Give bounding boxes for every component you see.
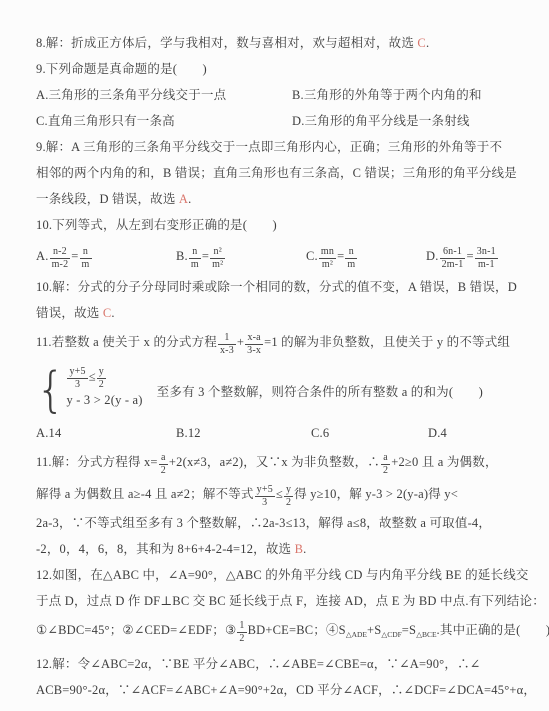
q11-period: . — [303, 542, 306, 556]
sys-frac2-den: 2 — [97, 379, 106, 391]
q11-sol2-text-b: 得 y≥10，解 y-3 > 2(y-a)得 y< — [294, 487, 458, 501]
q11-eq-frac2-num: x-a — [245, 332, 263, 345]
q12-conclusion-text1: ①∠BDC=45°；②∠CED=∠EDF；③ — [36, 623, 236, 637]
q10-c-frac1: mnm² — [319, 246, 336, 270]
q12-conclusion-text4: =S — [402, 623, 416, 637]
document-page: 8.解：折成正方体后，学与我相对，数与喜相对，欢与超相对，故选 C. 9.下列命… — [0, 0, 549, 711]
q11-system-line: { y+53≤y2 y - 3 > 2(y - a) 至多有 3 个整数解，则符… — [36, 358, 523, 420]
q12-conclusion-text5: .其中正确的是( ) — [437, 623, 549, 637]
q10-c-frac2: nm — [345, 246, 357, 270]
sys-frac1: y+53 — [67, 366, 87, 390]
q11-sol1-frac1: a2 — [159, 452, 168, 476]
q12-stem-line1: 12.如图，在△ABC 中，∠A=90°，△ABC 的外角平分线 CD 与内角平… — [36, 562, 523, 588]
q9-option-a: A.三角形的三条角平分线交于一点 — [36, 82, 292, 108]
q10-b-frac1-den: m — [189, 259, 201, 271]
q10-option-b-label: B. — [176, 249, 188, 263]
q12-half-fraction: 12 — [237, 620, 246, 644]
q8-solution-text: 8.解：折成正方体后，学与我相对，数与喜相对，欢与超相对，故选 — [36, 36, 417, 50]
q10-option-c-label: C. — [306, 249, 318, 263]
sys-frac2-num: y — [97, 366, 106, 379]
q11-sol2-frac2-den: 2 — [284, 497, 293, 509]
q12-area-sub1: △ADE — [346, 630, 367, 639]
q11-option-a: A.14 — [36, 420, 176, 446]
q11-option-d: D.4 — [428, 420, 447, 446]
q12-conclusion-text3: +S — [367, 623, 381, 637]
sys-frac1-num: y+5 — [67, 366, 87, 379]
q10-a-frac2-den: m — [80, 259, 92, 271]
q11-eq-frac2: x-a3-x — [245, 332, 263, 356]
q8-period: . — [426, 36, 429, 50]
system-brace: { — [36, 375, 65, 402]
q11-answer-letter: B — [295, 542, 304, 556]
q11-eq-frac1-num: 1 — [218, 332, 236, 345]
q11-sol2-frac1-num: y+5 — [255, 484, 275, 497]
q11-sol1-frac1-den: 2 — [159, 465, 168, 477]
q10-c-frac2-den: m — [345, 259, 357, 271]
q10-a-frac1-den: m-2 — [50, 259, 71, 271]
q9-solution-line1: 9.解：A 三角形的三条角平分线交于一点即三角形内心，正确；三角形的外角等于不 — [36, 134, 523, 160]
q10-a-frac1: n-2m-2 — [50, 246, 71, 270]
q9-options-ab: A.三角形的三条角平分线交于一点B.三角形的外角等于两个内角的和 — [36, 82, 523, 108]
system-row-2: y - 3 > 2(y - a) — [66, 390, 142, 411]
q9-solution-line2: 相邻的两个内角的和，B 错误；直角三角形也有三条高，C 错误；三角形的角平分线是 — [36, 160, 523, 186]
q10-c-frac1-den: m² — [319, 259, 336, 271]
q10-option-d-label: D. — [426, 249, 439, 263]
q9-option-d: D.三角形的角平分线是一条射线 — [292, 114, 470, 128]
q11-sol1-frac2-num: a — [381, 452, 390, 465]
q11-options-row: A.14B.12C.6D.4 — [36, 420, 523, 446]
q10-option-a: A.n-2m-2=nm — [36, 238, 176, 274]
q9-answer-letter: A — [179, 192, 188, 206]
sys-relation: ≤ — [89, 370, 96, 384]
sys-frac1-den: 3 — [67, 379, 87, 391]
q11-sol1-frac1-num: a — [159, 452, 168, 465]
q10-c-equals: = — [337, 249, 344, 263]
q11-sol1-text-a: 11.解：分式方程得 x= — [36, 455, 158, 469]
q10-solution-line1: 10.解：分式的分子分母同时乘或除一个相同的数，分式的值不变，A 错误，B 错误… — [36, 274, 523, 300]
q11-stem-line1: 11.若整数 a 使关于 x 的分式方程1x-3+x-a3-x=1 的解为非负整… — [36, 326, 523, 358]
q9-solution-text: 一条线段，D 错误，故选 — [36, 192, 179, 206]
q12-half-num: 1 — [237, 620, 246, 633]
q10-period: . — [111, 306, 114, 320]
q11-sol1-frac2-den: 2 — [381, 465, 390, 477]
q9-option-c: C.直角三角形只有一条高 — [36, 108, 292, 134]
q11-option-c: C.6 — [311, 420, 428, 446]
sys-frac2: y2 — [97, 366, 106, 390]
q10-b-frac2-num: n² — [210, 246, 225, 259]
q10-option-d: D.6n-12m-1=3n-1m-1 — [426, 238, 499, 274]
q10-c-frac1-num: mn — [319, 246, 336, 259]
q10-b-frac1-num: n — [189, 246, 201, 259]
q12-solution-line2: ACB=90°-2α，∵∠ACF=∠ABC+∠A=90°+2α，CD 平分∠AC… — [36, 677, 523, 703]
q11-equals-one: =1 — [264, 335, 278, 349]
q10-b-frac2: n²m² — [210, 246, 225, 270]
q10-d-frac1-den: 2m-1 — [440, 259, 466, 271]
q11-sol4-text: -2，0，4，6，8，其和为 8+6+4-2-4=12，故选 — [36, 542, 295, 556]
q10-solution-line2: 错误，故选 C. — [36, 300, 523, 326]
q10-b-frac2-den: m² — [210, 259, 225, 271]
q11-sol2-frac1: y+53 — [255, 484, 275, 508]
q12-area-sub2: △CDF — [381, 630, 401, 639]
q10-d-frac2-num: 3n-1 — [475, 246, 498, 259]
q10-options-row: A.n-2m-2=nm B.nm=n²m² C.mnm²=nm D.6n-12m… — [36, 238, 523, 274]
q10-c-frac2-num: n — [345, 246, 357, 259]
q10-d-frac2-den: m-1 — [475, 259, 498, 271]
q12-conclusion-text2: BD+CE=BC；④S — [248, 623, 346, 637]
q10-a-frac1-num: n-2 — [50, 246, 71, 259]
q10-question-line: 10.下列等式，从左到右变形正确的是( ) — [36, 212, 523, 238]
system-row-1: y+53≤y2 — [66, 366, 142, 390]
q11-stem-text2: 的解为非负整数，且使关于 y 的不等式组 — [278, 335, 510, 349]
q11-sol2-text-a: 解得 a 为偶数且 a≥-4 且 a≠2；解不等式 — [36, 487, 254, 501]
q11-stem-text1: 11.若整数 a 使关于 x 的分式方程 — [36, 335, 217, 349]
q11-solution-line1: 11.解：分式方程得 x=a2+2(x≠3，a≠2)，又∵x 为非负整数，∴a2… — [36, 446, 523, 478]
q10-d-frac1-num: 6n-1 — [440, 246, 466, 259]
q11-sol2-relation: ≤ — [276, 487, 283, 501]
q9-question-line: 9.下列命题是真命题的是( ) — [36, 56, 523, 82]
q11-sol1-frac2: a2 — [381, 452, 390, 476]
q8-answer-letter: C — [417, 36, 426, 50]
q10-a-frac2: nm — [80, 246, 92, 270]
q10-d-frac2: 3n-1m-1 — [475, 246, 498, 270]
q9-period: . — [188, 192, 191, 206]
q12-stem-line2: 于点 D，过点 D 作 DF⊥BC 交 BC 延长线于点 F，连接 AD，点 E… — [36, 588, 523, 614]
q11-plus-sign: + — [237, 335, 244, 349]
q12-half-den: 2 — [237, 633, 246, 645]
q11-solution-line4: -2，0，4，6，8，其和为 8+6+4-2-4=12，故选 B. — [36, 536, 523, 562]
q12-conclusions-line: ①∠BDC=45°；②∠CED=∠EDF；③12BD+CE=BC；④S△ADE+… — [36, 614, 523, 651]
q11-eq-frac1: 1x-3 — [218, 332, 236, 356]
q9-option-b: B.三角形的外角等于两个内角的和 — [292, 88, 482, 102]
q8-solution-line: 8.解：折成正方体后，学与我相对，数与喜相对，欢与超相对，故选 C. — [36, 30, 523, 56]
system-rows: y+53≤y2 y - 3 > 2(y - a) — [66, 366, 142, 411]
q10-a-frac2-num: n — [80, 246, 92, 259]
q11-sol1-text-c: +2≥0 且 a 为偶数， — [391, 455, 497, 469]
q9-solution-line3: 一条线段，D 错误，故选 A. — [36, 186, 523, 212]
q12-solution-line1: 12.解：令∠ABC=2α，∵BE 平分∠ABC，∴∠ABE=∠CBE=α，∵∠… — [36, 651, 523, 677]
q11-inequality-system: { y+53≤y2 y - 3 > 2(y - a) — [36, 366, 143, 411]
q10-option-a-label: A. — [36, 249, 49, 263]
q10-option-b: B.nm=n²m² — [176, 238, 306, 274]
q11-solution-line3: 2a-3，∵不等式组至多有 3 个整数解，∴2a-3≤13，解得 a≤8，故整数… — [36, 510, 523, 536]
q10-a-equals: = — [71, 249, 78, 263]
q11-sol1-text-b: +2(x≠3，a≠2)，又∵x 为非负整数，∴ — [169, 455, 380, 469]
q11-option-b: B.12 — [176, 420, 311, 446]
q11-stem-text3: 至多有 3 个整数解，则符合条件的所有整数 a 的和为( ) — [157, 379, 483, 405]
q12-area-sub3: △BCE — [416, 630, 436, 639]
q10-d-equals: = — [466, 249, 473, 263]
q11-sol2-frac2: y2 — [284, 484, 293, 508]
q11-sol2-frac2-num: y — [284, 484, 293, 497]
q9-options-cd: C.直角三角形只有一条高D.三角形的角平分线是一条射线 — [36, 108, 523, 134]
q10-solution-text: 错误，故选 — [36, 306, 103, 320]
q10-b-frac1: nm — [189, 246, 201, 270]
q11-sol2-frac1-den: 3 — [255, 497, 275, 509]
q11-eq-frac1-den: x-3 — [218, 345, 236, 357]
q10-option-c: C.mnm²=nm — [306, 238, 426, 274]
q10-d-frac1: 6n-12m-1 — [440, 246, 466, 270]
q11-eq-frac2-den: 3-x — [245, 345, 263, 357]
q10-b-equals: = — [202, 249, 209, 263]
q11-solution-line2: 解得 a 为偶数且 a≥-4 且 a≠2；解不等式y+53≤y2得 y≥10，解… — [36, 478, 523, 510]
